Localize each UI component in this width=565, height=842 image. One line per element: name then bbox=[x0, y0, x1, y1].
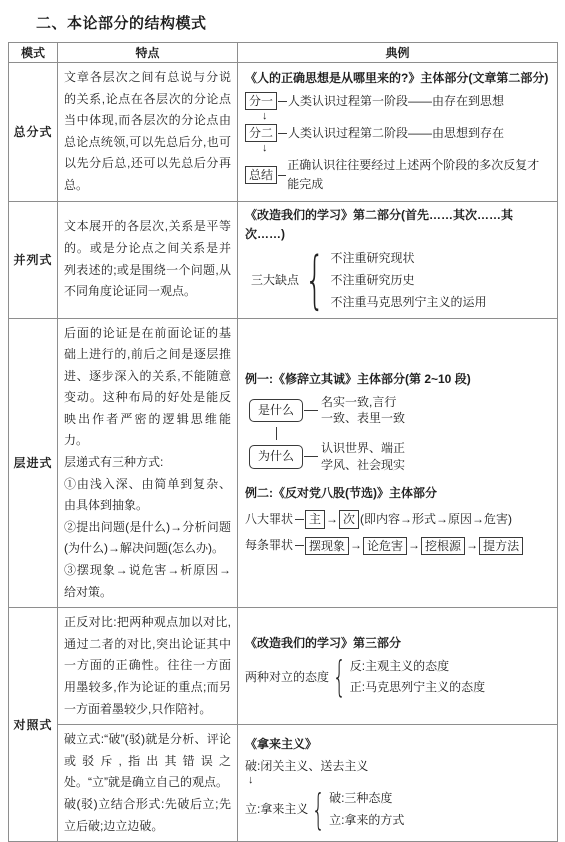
feature-cell-duizhao-1: 正反对比:把两种观点加以对比,通过二者的对比,突出论证其中一方面的正确性。往往一… bbox=[58, 608, 238, 725]
brace-icon: { bbox=[333, 658, 346, 696]
mode-cell-zongfen: 总分式 bbox=[9, 63, 58, 202]
feature-paragraph: 破(驳)立结合形式:先破后立;先立后破;边立边破。 bbox=[64, 794, 231, 837]
connector-line bbox=[276, 427, 277, 440]
pair-row: 为什么 认识世界、端正 学风、社会现实 bbox=[249, 440, 550, 474]
header-row: 模式 特点 典例 bbox=[9, 43, 558, 63]
mode-cell-duizhao: 对照式 bbox=[9, 608, 58, 842]
down-arrow-icon: ↓ bbox=[262, 143, 550, 156]
header-example: 典例 bbox=[238, 43, 558, 63]
flow-box: 总结 bbox=[245, 166, 277, 184]
example-title: 《人的正确思想是从哪里来的?》主体部分(文章第二部分) bbox=[245, 69, 550, 88]
connector-line bbox=[295, 519, 304, 520]
example-cell-binglie: 《改造我们的学习》第二部分(首先……其次……其次……) 三大缺点 { 不注重研究… bbox=[238, 201, 558, 318]
header-mode: 模式 bbox=[9, 43, 58, 63]
sequence-label: 每条罪状 bbox=[245, 536, 293, 555]
header-feature: 特点 bbox=[58, 43, 238, 63]
pair-text-line: 认识世界、端正 bbox=[321, 440, 405, 457]
example-title: 例一:《修辞立其诚》主体部分(第 2~10 段) bbox=[245, 370, 550, 389]
table-row: 对照式 正反对比:把两种观点加以对比,通过二者的对比,突出论证其中一方面的正确性… bbox=[9, 608, 558, 725]
brace-group: 三大缺点 { 不注重研究现状 不注重研究历史 不注重马克思列宁主义的运用 bbox=[251, 247, 550, 314]
po-line: 破:闭关主义、送去主义 bbox=[245, 757, 550, 775]
connector-line bbox=[278, 101, 287, 102]
flow-text: 正确认识往往要经过上述两个阶段的多次反复才能完成 bbox=[287, 156, 550, 194]
brace-item: 不注重研究现状 bbox=[330, 247, 486, 269]
flow-box: 分一 bbox=[245, 92, 277, 110]
feature-cell-duizhao-2: 破立式:“破”(驳)就是分析、评论或驳斥,指出其错误之处。“立”就是确立自己的观… bbox=[58, 725, 238, 842]
sequence-box: 主 bbox=[305, 510, 325, 528]
rounded-box: 是什么 bbox=[249, 399, 303, 422]
flow-item: 分二 人类认识过程第二阶段——由思想到存在 bbox=[245, 124, 550, 143]
brace-items: 破:三种态度 立:拿来的方式 bbox=[329, 788, 404, 831]
rounded-box: 为什么 bbox=[249, 445, 303, 468]
flow-text: 人类认识过程第一阶段——由存在到思想 bbox=[288, 92, 504, 111]
pair-row: 是什么 名实一致,言行 一致、表里一致 bbox=[249, 394, 550, 428]
sequence-box: 挖根源 bbox=[421, 537, 465, 555]
example-title: 例二:《反对党八股(节选)》主体部分 bbox=[245, 484, 550, 503]
connector-line bbox=[295, 545, 304, 546]
example-cell-duizhao-1: 《改造我们的学习》第三部分 两种对立的态度 { 反:主观主义的态度 正:马克思列… bbox=[238, 608, 558, 725]
feature-paragraph: 层递式有三种方式: bbox=[64, 452, 231, 474]
feature-cell-binglie: 文本展开的各层次,关系是平等的。或是分论点之间关系是并列表述的;或是围绕一个问题… bbox=[58, 201, 238, 318]
pair-text-line: 学风、社会现实 bbox=[321, 457, 405, 474]
connector-line bbox=[278, 175, 286, 176]
sequence-line: 八大罪状 主 → 次 (即内容→形式→原因→危害) bbox=[245, 510, 550, 529]
brace-icon: { bbox=[305, 252, 325, 308]
pair-text-line: 名实一致,言行 bbox=[321, 394, 405, 411]
brace-icon: { bbox=[312, 791, 325, 829]
document-page: 二、本论部分的结构模式 模式 特点 典例 总分式 文章各层次之间有总说与分说的关… bbox=[0, 0, 565, 709]
flow-item: 总结 正确认识往往要经过上述两个阶段的多次反复才能完成 bbox=[245, 156, 550, 194]
brace-item: 立:拿来的方式 bbox=[329, 810, 404, 832]
brace-item: 正:马克思列宁主义的态度 bbox=[350, 677, 485, 699]
connector-line bbox=[304, 410, 318, 411]
flow-item: 分一 人类认识过程第一阶段——由存在到思想 bbox=[245, 92, 550, 111]
mode-cell-binglie: 并列式 bbox=[9, 201, 58, 318]
table-row: 并列式 文本展开的各层次,关系是平等的。或是分论点之间关系是并列表述的;或是围绕… bbox=[9, 201, 558, 318]
pair-text: 名实一致,言行 一致、表里一致 bbox=[321, 394, 405, 428]
feature-paragraph: ①由浅入深、由简单到复杂、由具体到抽象。 bbox=[64, 474, 231, 517]
feature-cell-cengjin: 后面的论证是在前面论证的基础上进行的,前后之间是逐层推进、逐步深入的关系,不能随… bbox=[58, 318, 238, 608]
down-arrow-icon: ↓ bbox=[262, 111, 550, 124]
table-row: 层进式 后面的论证是在前面论证的基础上进行的,前后之间是逐层推进、逐步深入的关系… bbox=[9, 318, 558, 608]
sequence-line: 每条罪状 摆现象 → 论危害 → 挖根源 → 提方法 bbox=[245, 536, 550, 555]
feature-cell-zongfen: 文章各层次之间有总说与分说的关系,论点在各层次的分论点当中体现,而各层次的分论点… bbox=[58, 63, 238, 202]
feature-paragraph: ②提出问题(是什么)→分析问题(为什么)→解决问题(怎么办)。 bbox=[64, 517, 231, 560]
brace-item: 破:三种态度 bbox=[329, 788, 404, 810]
brace-group: 两种对立的态度 { 反:主观主义的态度 正:马克思列宁主义的态度 bbox=[245, 656, 550, 699]
pair-text-line: 一致、表里一致 bbox=[321, 410, 405, 427]
feature-paragraph: 破立式:“破”(驳)就是分析、评论或驳斥,指出其错误之处。“立”就是确立自己的观… bbox=[64, 729, 231, 794]
page-title: 二、本论部分的结构模式 bbox=[36, 12, 207, 33]
right-arrow-icon: → bbox=[466, 536, 478, 555]
flow-diagram: 分一 人类认识过程第一阶段——由存在到思想 ↓ 分二 人类认识过程第二阶段——由… bbox=[245, 92, 550, 195]
pair-diagram: 是什么 名实一致,言行 一致、表里一致 为什么 bbox=[249, 394, 550, 474]
brace-item: 反:主观主义的态度 bbox=[350, 656, 485, 678]
down-arrow-icon: ↓ bbox=[248, 775, 550, 788]
brace-group: 立:拿来主义 { 破:三种态度 立:拿来的方式 bbox=[245, 788, 550, 831]
example-cell-cengjin: 例一:《修辞立其诚》主体部分(第 2~10 段) 是什么 名实一致,言行 一致、… bbox=[238, 318, 558, 608]
brace-items: 不注重研究现状 不注重研究历史 不注重马克思列宁主义的运用 bbox=[330, 247, 486, 314]
pair-text: 认识世界、端正 学风、社会现实 bbox=[321, 440, 405, 474]
example-cell-zongfen: 《人的正确思想是从哪里来的?》主体部分(文章第二部分) 分一 人类认识过程第一阶… bbox=[238, 63, 558, 202]
flow-text: 人类认识过程第二阶段——由思想到存在 bbox=[288, 124, 504, 143]
table-row: 破立式:“破”(驳)就是分析、评论或驳斥,指出其错误之处。“立”就是确立自己的观… bbox=[9, 725, 558, 842]
table-row: 总分式 文章各层次之间有总说与分说的关系,论点在各层次的分论点当中体现,而各层次… bbox=[9, 63, 558, 202]
structure-table: 模式 特点 典例 总分式 文章各层次之间有总说与分说的关系,论点在各层次的分论点… bbox=[8, 42, 558, 842]
sequence-box: 论危害 bbox=[363, 537, 407, 555]
right-arrow-icon: → bbox=[326, 510, 338, 529]
example-one: 例一:《修辞立其诚》主体部分(第 2~10 段) 是什么 名实一致,言行 一致、… bbox=[245, 370, 550, 473]
brace-items: 反:主观主义的态度 正:马克思列宁主义的态度 bbox=[350, 656, 485, 699]
example-title: 《改造我们的学习》第二部分(首先……其次……其次……) bbox=[245, 206, 550, 244]
feature-paragraph: 后面的论证是在前面论证的基础上进行的,前后之间是逐层推进、逐步深入的关系,不能随… bbox=[64, 323, 231, 453]
sequence-suffix: (即内容→形式→原因→危害) bbox=[360, 510, 512, 529]
example-cell-duizhao-2: 《拿来主义》 破:闭关主义、送去主义 ↓ 立:拿来主义 { 破:三种态度 立:拿… bbox=[238, 725, 558, 842]
sequence-box: 摆现象 bbox=[305, 537, 349, 555]
right-arrow-icon: → bbox=[350, 536, 362, 555]
brace-item: 不注重研究历史 bbox=[330, 269, 486, 291]
feature-paragraph: ③摆现象→说危害→析原因→给对策。 bbox=[64, 560, 231, 603]
brace-item: 不注重马克思列宁主义的运用 bbox=[330, 291, 486, 313]
brace-label: 三大缺点 bbox=[251, 271, 299, 290]
connector-line bbox=[278, 133, 287, 134]
sequence-label: 八大罪状 bbox=[245, 510, 293, 529]
brace-label: 立:拿来主义 bbox=[245, 800, 308, 819]
example-title: 《拿来主义》 bbox=[245, 735, 550, 754]
example-title: 《改造我们的学习》第三部分 bbox=[245, 634, 550, 653]
brace-label: 两种对立的态度 bbox=[245, 668, 329, 687]
flow-box: 分二 bbox=[245, 124, 277, 142]
sequence-box: 提方法 bbox=[479, 537, 523, 555]
mode-cell-cengjin: 层进式 bbox=[9, 318, 58, 608]
sequence-box: 次 bbox=[339, 510, 359, 528]
right-arrow-icon: → bbox=[408, 536, 420, 555]
example-two: 例二:《反对党八股(节选)》主体部分 八大罪状 主 → 次 (即内容→形式→原因… bbox=[245, 484, 550, 556]
connector-line bbox=[304, 456, 318, 457]
